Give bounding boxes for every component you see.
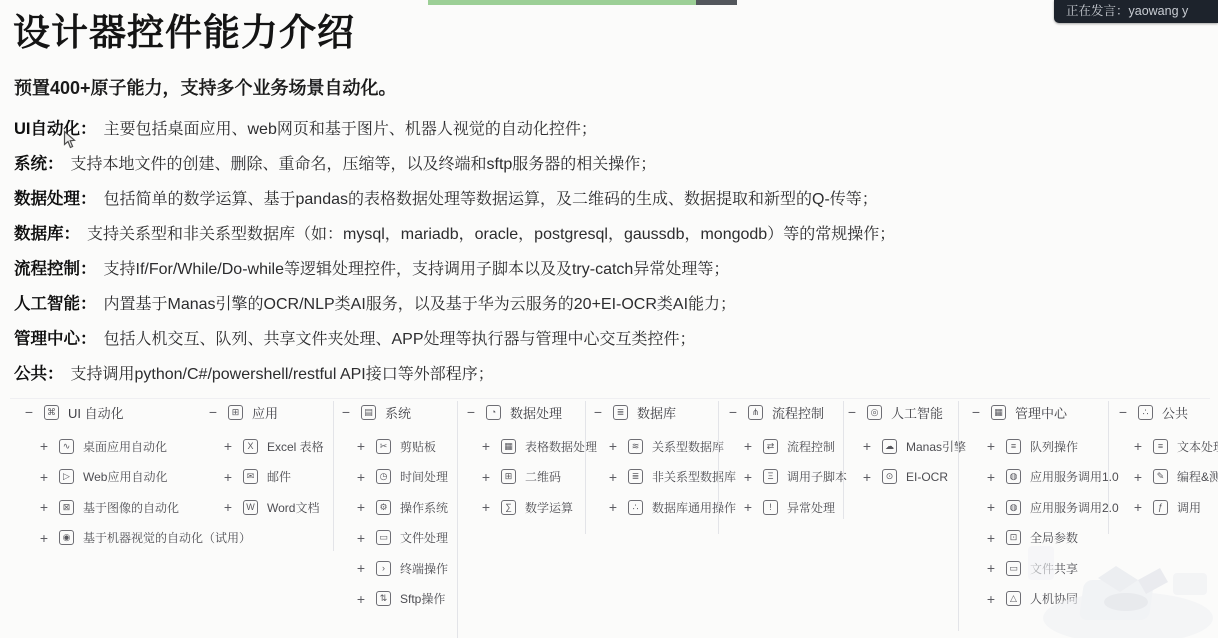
tree-category-row[interactable]: −◎人工智能 (845, 399, 966, 425)
tree-item-label: 数学运算 (525, 499, 573, 516)
tree-item-label: Web应用自动化 (83, 468, 167, 485)
top-dark-strip (696, 0, 737, 5)
tree-item-row[interactable]: +◉基于机器视觉的自动化（试用） (37, 523, 251, 554)
expand-toggle-icon[interactable]: + (354, 469, 368, 485)
expand-toggle-icon[interactable]: + (741, 469, 755, 485)
expand-toggle-icon[interactable]: + (37, 530, 51, 546)
expand-toggle-icon[interactable]: + (741, 499, 755, 515)
tree-category-label: 流程控制 (772, 403, 824, 422)
tree-item-label: 操作系统 (400, 499, 448, 516)
tree-children: +☁Manas引擎+⊙EI-OCR (845, 431, 966, 492)
image-automation-icon: ⊠ (59, 500, 74, 515)
section-text: 支持If/For/While/Do-while等逻辑处理控件，支持调用子脚本以及… (104, 261, 730, 278)
section-ai: 人工智能：内置基于Manas引擎的OCR/NLP类AI服务，以及基于华为云服务的… (14, 290, 1194, 312)
page-subtitle: 预置400+原子能力，支持多个业务场景自动化。 (14, 74, 397, 100)
column-divider (843, 401, 844, 519)
expand-toggle-icon[interactable]: + (984, 469, 998, 485)
tree-item-label: 文件处理 (400, 529, 448, 546)
tree-column-7: −◎人工智能+☁Manas引擎+⊙EI-OCR (845, 399, 966, 492)
tree-item-row[interactable]: +›终端操作 (354, 553, 448, 584)
tree-item-label: 队列操作 (1030, 438, 1078, 455)
tree-item-row[interactable]: +⇄流程控制 (741, 431, 847, 462)
tree-category-label: 公共 (1162, 403, 1188, 422)
tree-item-label: 桌面应用自动化 (83, 438, 167, 455)
tree-category-row[interactable]: −◔数据处理 (464, 399, 597, 425)
system-icon: ▤ (361, 405, 376, 420)
tree-category-row[interactable]: −▦管理中心 (969, 399, 1119, 425)
tree-item-row[interactable]: +⇅Sftp操作 (354, 584, 448, 615)
file-icon: ▭ (376, 530, 391, 545)
data-processing-icon: ◔ (486, 405, 501, 420)
application-icon: ⊞ (228, 405, 243, 420)
section-text: 包括人机交互、队列、共享文件夹处理、APP处理等执行器与管理中心交互类控件； (104, 331, 696, 348)
section-data-processing: 数据处理：包括简单的数学运算、基于pandas的表格数据处理等数据运算，及二维码… (14, 185, 1194, 207)
flow-icon: ⇄ (763, 439, 778, 454)
tree-category-label: 管理中心 (1015, 403, 1067, 422)
tree-item-label: 数据库通用操作 (652, 499, 736, 516)
tree-category-row[interactable]: −⊞应用 (206, 399, 324, 425)
tree-category-row[interactable]: −▤系统 (339, 399, 448, 425)
tree-item-label: Word文档 (267, 499, 319, 516)
tree-column-2: −⊞应用+XExcel 表格+✉邮件+WWord文档 (206, 399, 324, 523)
section-flow-control: 流程控制：支持If/For/While/Do-while等逻辑处理控件，支持调用… (14, 255, 1194, 277)
tree-item-label: 异常处理 (787, 499, 835, 516)
column-divider (585, 401, 586, 534)
common-icon: ∴ (1138, 405, 1153, 420)
section-system: 系统：支持本地文件的创建、删除、重命名，压缩等，以及终端和sftp服务器的相关操… (14, 150, 1194, 172)
tree-children: +✂剪贴板+◷时间处理+⚙操作系统+▭文件处理+›终端操作+⇅Sftp操作 (339, 431, 448, 614)
expand-toggle-icon[interactable]: + (984, 438, 998, 454)
tree-item-row[interactable]: +WWord文档 (221, 492, 324, 523)
expand-toggle-icon[interactable]: + (860, 469, 874, 485)
ei-ocr-icon: ⊙ (882, 469, 897, 484)
management-center-icon: ▦ (991, 405, 1006, 420)
tree-column-6: −⋔流程控制+⇄流程控制+Ξ调用子脚本+!异常处理 (726, 399, 847, 523)
tree-item-row[interactable]: +∴数据库通用操作 (606, 492, 736, 523)
column-divider (1108, 401, 1109, 534)
ai-icon: ◎ (867, 405, 882, 420)
section-label: 人工智能： (14, 295, 97, 313)
tree-category-label: 数据处理 (510, 403, 562, 422)
speaking-label: 正在发言：yaowang y (1066, 4, 1188, 18)
os-icon: ⚙ (376, 500, 391, 515)
tree-item-row[interactable]: +≋关系型数据库 (606, 431, 736, 462)
app-service-call-1-icon: ◍ (1006, 469, 1021, 484)
mouse-cursor (62, 130, 76, 150)
expand-toggle-icon[interactable]: + (606, 499, 620, 515)
tree-item-row[interactable]: +Ξ调用子脚本 (741, 462, 847, 493)
tree-item-row[interactable]: +≣非关系型数据库 (606, 462, 736, 493)
expand-toggle-icon[interactable]: + (1131, 499, 1145, 515)
tree-category-row[interactable]: −⋔流程控制 (726, 399, 847, 425)
tree-item-row[interactable]: +⊙EI-OCR (860, 462, 966, 493)
machine-vision-icon: ◉ (59, 530, 74, 545)
column-divider (457, 401, 458, 638)
tree-category-label: 人工智能 (891, 403, 943, 422)
tree-item-label: 剪贴板 (400, 438, 436, 455)
math-icon: ∑ (501, 500, 516, 515)
table-data-icon: ▦ (501, 439, 516, 454)
section-label: 公共： (14, 365, 64, 383)
tree-children: +≋关系型数据库+≣非关系型数据库+∴数据库通用操作 (591, 431, 736, 523)
expand-toggle-icon[interactable]: + (860, 438, 874, 454)
section-label: 系统： (14, 155, 64, 173)
tree-column-3: −▤系统+✂剪贴板+◷时间处理+⚙操作系统+▭文件处理+›终端操作+⇅Sftp操… (339, 399, 448, 614)
screen-share-slide: 正在发言：yaowang y 设计器控件能力介绍 预置400+原子能力，支持多个… (0, 0, 1218, 638)
tree-item-label: 二维码 (525, 468, 561, 485)
exception-icon: ! (763, 500, 778, 515)
expand-toggle-icon[interactable]: + (984, 530, 998, 546)
section-text: 内置基于Manas引擎的OCR/NLP类AI服务，以及基于华为云服务的20+EI… (104, 296, 737, 313)
expand-toggle-icon[interactable]: + (221, 438, 235, 454)
tree-item-label: 流程控制 (787, 438, 835, 455)
word-icon: W (243, 500, 258, 515)
relational-db-icon: ≋ (628, 439, 643, 454)
tree-item-row[interactable]: +▦表格数据处理 (479, 431, 597, 462)
tree-item-row[interactable]: +◷时间处理 (354, 462, 448, 493)
collapse-toggle-icon[interactable]: − (464, 404, 478, 420)
expand-toggle-icon[interactable]: + (354, 560, 368, 576)
expand-toggle-icon[interactable]: + (479, 469, 493, 485)
tree-item-label: 基于机器视觉的自动化（试用） (83, 529, 251, 546)
section-management-center: 管理中心：包括人机交互、队列、共享文件夹处理、APP处理等执行器与管理中心交互类… (14, 325, 1194, 347)
expand-toggle-icon[interactable]: + (37, 438, 51, 454)
coding-test-icon: ✎ (1153, 469, 1168, 484)
tree-column-9: −∴公共+≡文本处理+✎编程&测试+ƒ调用 (1116, 399, 1218, 523)
tree-item-label: 编程&测试 (1177, 468, 1218, 485)
tree-children: +XExcel 表格+✉邮件+WWord文档 (206, 431, 324, 523)
tree-item-label: 表格数据处理 (525, 438, 597, 455)
collapse-toggle-icon[interactable]: − (969, 404, 983, 420)
tree-item-row[interactable]: +XExcel 表格 (221, 431, 324, 462)
expand-toggle-icon[interactable]: + (354, 499, 368, 515)
collapse-toggle-icon[interactable]: − (591, 404, 605, 420)
collapse-toggle-icon[interactable]: − (845, 404, 859, 420)
expand-toggle-icon[interactable]: + (354, 591, 368, 607)
expand-toggle-icon[interactable]: + (1131, 469, 1145, 485)
expand-toggle-icon[interactable]: + (984, 499, 998, 515)
section-label: UI自动化： (14, 120, 97, 138)
tree-item-row[interactable]: +⊞二维码 (479, 462, 597, 493)
sftp-icon: ⇅ (376, 591, 391, 606)
expand-toggle-icon[interactable]: + (606, 438, 620, 454)
tree-item-label: 邮件 (267, 468, 291, 485)
tree-item-label: EI-OCR (906, 470, 948, 484)
tree-column-5: −≣数据库+≋关系型数据库+≣非关系型数据库+∴数据库通用操作 (591, 399, 736, 523)
expand-toggle-icon[interactable]: + (1131, 438, 1145, 454)
section-text: 支持调用python/C#/powershell/restful API接口等外… (71, 366, 494, 383)
tree-category-label: 数据库 (637, 403, 676, 422)
tree-category-label: 应用 (252, 403, 278, 422)
section-text: 支持本地文件的创建、删除、重命名，压缩等，以及终端和sftp服务器的相关操作； (71, 156, 657, 173)
section-text: 支持关系型和非关系型数据库（如：mysql，mariadb，oracle，pos… (87, 226, 895, 243)
app-service-call-2-icon: ◍ (1006, 500, 1021, 515)
mail-icon: ✉ (243, 469, 258, 484)
database-icon: ≣ (613, 405, 628, 420)
speaking-indicator: 正在发言：yaowang y (1054, 0, 1218, 23)
tree-item-row[interactable]: +☁Manas引擎 (860, 431, 966, 462)
page-title: 设计器控件能力介绍 (13, 2, 355, 56)
tree-children: +⇄流程控制+Ξ调用子脚本+!异常处理 (726, 431, 847, 523)
tree-item-label: Sftp操作 (400, 590, 445, 607)
section-label: 数据库： (14, 225, 80, 243)
section-label: 数据处理： (14, 190, 97, 208)
desktop-app-icon: ∿ (59, 439, 74, 454)
subscript-icon: Ξ (763, 469, 778, 484)
section-label: 流程控制： (14, 260, 97, 278)
top-green-strip (428, 0, 696, 5)
terminal-icon: › (376, 561, 391, 576)
tree-item-label: 调用 (1177, 499, 1201, 516)
expand-toggle-icon[interactable]: + (354, 530, 368, 546)
tree-column-4: −◔数据处理+▦表格数据处理+⊞二维码+∑数学运算 (464, 399, 597, 523)
tree-item-label: 时间处理 (400, 468, 448, 485)
text-processing-icon: ≡ (1153, 439, 1168, 454)
tree-item-row[interactable]: +≡文本处理 (1131, 431, 1218, 462)
collapse-toggle-icon[interactable]: − (206, 404, 220, 420)
tree-item-label: 文本处理 (1177, 438, 1218, 455)
watermark-illustration (998, 518, 1218, 638)
tree-item-row[interactable]: +✉邮件 (221, 462, 324, 493)
tree-item-label: 终端操作 (400, 560, 448, 577)
section-ui-automation: UI自动化：主要包括桌面应用、web网页和基于图片、机器人视觉的自动化控件； (14, 115, 1194, 137)
tree-item-label: 基于图像的自动化 (83, 499, 179, 516)
column-divider (333, 401, 334, 551)
section-text: 主要包括桌面应用、web网页和基于图片、机器人视觉的自动化控件； (104, 121, 597, 138)
tree-item-label: 关系型数据库 (652, 438, 724, 455)
expand-toggle-icon[interactable]: + (984, 560, 998, 576)
web-app-icon: ▷ (59, 469, 74, 484)
expand-toggle-icon[interactable]: + (479, 499, 493, 515)
tree-item-row[interactable]: +!异常处理 (741, 492, 847, 523)
manas-engine-icon: ☁ (882, 439, 897, 454)
tree-item-label: 调用子脚本 (787, 468, 847, 485)
expand-toggle-icon[interactable]: + (741, 438, 755, 454)
expand-toggle-icon[interactable]: + (37, 499, 51, 515)
collapse-toggle-icon[interactable]: − (726, 404, 740, 420)
tree-item-row[interactable]: +∑数学运算 (479, 492, 597, 523)
tree-item-row[interactable]: +▭文件处理 (354, 523, 448, 554)
collapse-toggle-icon[interactable]: − (22, 404, 36, 420)
flow-control-icon: ⋔ (748, 405, 763, 420)
ui-automation-icon: ⌘ (44, 405, 59, 420)
tree-category-row[interactable]: −∴公共 (1116, 399, 1218, 425)
section-database: 数据库：支持关系型和非关系型数据库（如：mysql，mariadb，oracle… (14, 220, 1194, 242)
excel-icon: X (243, 439, 258, 454)
tree-category-label: UI 自动化 (68, 403, 124, 422)
tree-item-row[interactable]: +✎编程&测试 (1131, 462, 1218, 493)
tree-category-label: 系统 (385, 403, 411, 422)
expand-toggle-icon[interactable]: + (37, 469, 51, 485)
tree-item-row[interactable]: +◍应用服务调用1.0 (984, 462, 1119, 493)
collapse-toggle-icon[interactable]: − (339, 404, 353, 420)
section-label: 管理中心： (14, 330, 97, 348)
tree-children: +≡文本处理+✎编程&测试+ƒ调用 (1116, 431, 1218, 523)
column-divider (718, 401, 719, 534)
tree-item-label: 应用服务调用1.0 (1030, 468, 1119, 485)
collapse-toggle-icon[interactable]: − (1116, 404, 1130, 420)
time-icon: ◷ (376, 469, 391, 484)
expand-toggle-icon[interactable]: + (221, 499, 235, 515)
tree-item-label: 应用服务调用2.0 (1030, 499, 1119, 516)
expand-toggle-icon[interactable]: + (606, 469, 620, 485)
queue-icon: ≡ (1006, 439, 1021, 454)
nosql-db-icon: ≣ (628, 469, 643, 484)
tree-children: +▦表格数据处理+⊞二维码+∑数学运算 (464, 431, 597, 523)
qrcode-icon: ⊞ (501, 469, 516, 484)
expand-toggle-icon[interactable]: + (354, 438, 368, 454)
tree-category-row[interactable]: −≣数据库 (591, 399, 736, 425)
clipboard-icon: ✂ (376, 439, 391, 454)
tree-item-row[interactable]: +≡队列操作 (984, 431, 1119, 462)
capability-sections: UI自动化：主要包括桌面应用、web网页和基于图片、机器人视觉的自动化控件； 系… (14, 115, 1194, 395)
tree-item-row[interactable]: +✂剪贴板 (354, 431, 448, 462)
expand-toggle-icon[interactable]: + (221, 469, 235, 485)
tree-item-label: 非关系型数据库 (652, 468, 736, 485)
tree-item-row[interactable]: +⚙操作系统 (354, 492, 448, 523)
section-text: 包括简单的数学运算、基于pandas的表格数据处理等数据运算，及二维码的生成、数… (104, 191, 878, 208)
expand-toggle-icon[interactable]: + (479, 438, 493, 454)
db-common-icon: ∴ (628, 500, 643, 515)
invoke-icon: ƒ (1153, 500, 1168, 515)
tree-item-label: Excel 表格 (267, 438, 324, 455)
section-common: 公共：支持调用python/C#/powershell/restful API接… (14, 360, 1194, 382)
expand-toggle-icon[interactable]: + (984, 591, 998, 607)
column-divider (958, 401, 959, 631)
